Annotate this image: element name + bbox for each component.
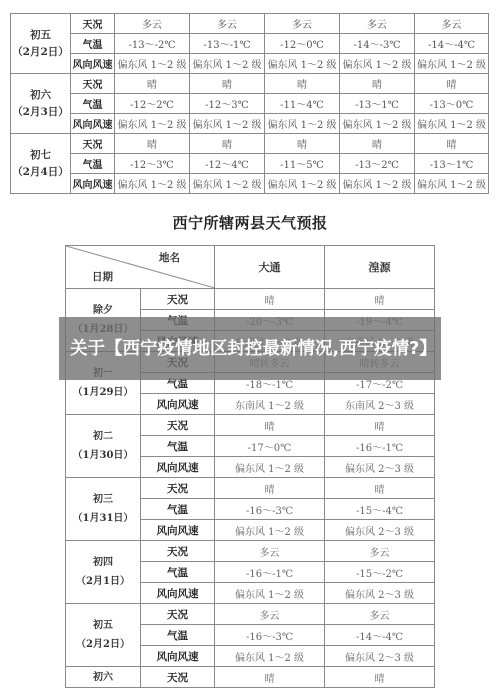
weather-value: 晴: [325, 478, 435, 499]
table-row: 风向风速偏东风 1～2 级偏东风 1～2 级偏东风 1～2 级偏东风 1～2 级…: [11, 114, 489, 134]
title-overlay-banner: 关于【西宁疫情地区封控最新情况,西宁疫情?】: [59, 317, 441, 380]
temp-value: -13～1℃: [340, 94, 415, 114]
temp-value: -16～-3℃: [215, 625, 325, 646]
wind-value: 偏东风 2～3 级: [325, 646, 435, 667]
weather-label: 天况: [141, 478, 215, 499]
lunar-date: 初七: [11, 147, 70, 164]
table-row: 初五（2月2日）天况多云多云多云多云多云: [11, 14, 489, 34]
weather-value: 多云: [415, 14, 489, 34]
temp-value: -15～-4℃: [325, 499, 435, 520]
temp-value: -12～0℃: [265, 34, 340, 54]
second-table-title: 西宁所辖两县天气预报: [0, 212, 500, 233]
diagonal-header-cell: 地名 日期: [66, 246, 215, 289]
location-header-datong: 大通: [215, 246, 325, 289]
wind-value: 偏东风 1～2 级: [340, 54, 415, 74]
wind-value: 偏东风 1～2 级: [215, 583, 325, 604]
solar-date: （2月1日）: [66, 572, 140, 591]
wind-label: 风向风速: [141, 520, 215, 541]
weather-label: 天况: [141, 667, 215, 688]
temp-value: -16～-1℃: [215, 562, 325, 583]
table-row: 初六天况晴晴: [66, 667, 435, 688]
weather-value: 晴: [340, 134, 415, 154]
solar-date: （2月4日）: [11, 164, 70, 181]
temp-value: -12～4℃: [190, 154, 265, 174]
date-cell: 初五（2月2日）: [11, 14, 71, 74]
temp-value: -11～4℃: [265, 94, 340, 114]
weather-label: 天况: [141, 604, 215, 625]
weather-label: 天况: [141, 289, 215, 310]
weather-value: 多云: [325, 541, 435, 562]
weather-value: 晴: [340, 74, 415, 94]
lunar-date: 初五: [66, 616, 140, 635]
weather-value: 晴: [215, 667, 325, 688]
temp-value: -12～2℃: [115, 94, 190, 114]
table-row: 初四（2月1日）天况多云多云: [66, 541, 435, 562]
top-forecast-table: 初五（2月2日）天况多云多云多云多云多云气温-13～-2℃-13～-1℃-12～…: [10, 13, 489, 194]
diagonal-line: [66, 246, 215, 288]
date-cell: 初六（2月3日）: [11, 74, 71, 134]
weather-value: 晴: [190, 74, 265, 94]
temp-value: -13～-1℃: [190, 34, 265, 54]
table-row: 风向风速偏东风 1～2 级偏东风 1～2 级偏东风 1～2 级偏东风 1～2 级…: [11, 54, 489, 74]
wind-value: 偏东风 1～2 级: [340, 114, 415, 134]
solar-date: （1月31日）: [66, 509, 140, 528]
weather-value: 晴: [325, 415, 435, 436]
weather-value: 多云: [190, 14, 265, 34]
wind-value: 偏东风 1～2 级: [415, 174, 489, 194]
wind-value: 偏东风 1～2 级: [415, 114, 489, 134]
wind-value: 偏东风 1～2 级: [215, 520, 325, 541]
county-forecast-table: 地名 日期 大通 湟源 除夕（1月28日）天况晴晴气温-20～-3℃-19～-4…: [65, 245, 435, 688]
wind-value: 偏东风 2～3 级: [325, 583, 435, 604]
temp-value: -15～-2℃: [325, 562, 435, 583]
solar-date: （2月3日）: [11, 104, 70, 121]
weather-value: 晴: [190, 134, 265, 154]
weather-value: 多云: [215, 604, 325, 625]
banner-title: 关于【西宁疫情地区封控最新情况,西宁疫情?】: [70, 337, 430, 361]
temp-value: -13～0℃: [415, 94, 489, 114]
table-row: 初六（2月3日）天况晴晴晴晴晴: [11, 74, 489, 94]
wind-value: 偏东风 1～2 级: [215, 457, 325, 478]
wind-value: 偏东风 1～2 级: [115, 114, 190, 134]
table-row: 初七（2月4日）天况晴晴晴晴晴: [11, 134, 489, 154]
table-row: 除夕（1月28日）天况晴晴: [66, 289, 435, 310]
date-cell: 初六: [66, 667, 141, 688]
lunar-date: 初六: [11, 87, 70, 104]
solar-date: （1月30日）: [66, 446, 140, 465]
temp-value: -17～0℃: [215, 436, 325, 457]
lunar-date: 初三: [66, 490, 140, 509]
temp-value: -12～3℃: [115, 154, 190, 174]
weather-label: 天况: [141, 415, 215, 436]
weather-value: 多云: [325, 604, 435, 625]
weather-value: 多云: [265, 14, 340, 34]
wind-value: 偏东风 1～2 级: [265, 54, 340, 74]
table-row: 初二（1月30日）天况晴晴: [66, 415, 435, 436]
temp-label: 气温: [71, 94, 115, 114]
wind-value: 偏东风 1～2 级: [190, 54, 265, 74]
wind-label: 风向风速: [141, 394, 215, 415]
wind-value: 偏东风 1～2 级: [215, 646, 325, 667]
temp-label: 气温: [71, 154, 115, 174]
temp-value: -14～-4℃: [415, 34, 489, 54]
temp-label: 气温: [141, 562, 215, 583]
weather-value: 晴: [115, 74, 190, 94]
temp-value: -13～-2℃: [115, 34, 190, 54]
temp-label: 气温: [141, 499, 215, 520]
wind-value: 偏东风 1～2 级: [340, 174, 415, 194]
temp-value: -14～-4℃: [325, 625, 435, 646]
weather-label: 天况: [71, 74, 115, 94]
wind-value: 偏东风 1～2 级: [115, 174, 190, 194]
weather-value: 晴: [325, 667, 435, 688]
table-row: 风向风速偏东风 1～2 级偏东风 1～2 级偏东风 1～2 级偏东风 1～2 级…: [11, 174, 489, 194]
lunar-date: 初二: [66, 427, 140, 446]
wind-value: 偏东风 1～2 级: [190, 174, 265, 194]
table-row: 气温-13～-2℃-13～-1℃-12～0℃-14～-3℃-14～-4℃: [11, 34, 489, 54]
date-cell: 初五（2月2日）: [66, 604, 141, 667]
temp-value: -12～3℃: [190, 94, 265, 114]
weather-value: 晴: [115, 134, 190, 154]
weather-value: 晴: [265, 74, 340, 94]
temp-value: -13～2℃: [340, 154, 415, 174]
weather-value: 晴: [265, 134, 340, 154]
wind-label: 风向风速: [71, 174, 115, 194]
date-cell: 初四（2月1日）: [66, 541, 141, 604]
weather-value: 多云: [340, 14, 415, 34]
temp-label: 气温: [141, 625, 215, 646]
weather-value: 晴: [325, 289, 435, 310]
solar-date: （2月2日）: [66, 635, 140, 654]
weather-label: 天况: [71, 134, 115, 154]
wind-value: 偏东风 1～2 级: [190, 114, 265, 134]
temp-value: -14～-3℃: [340, 34, 415, 54]
weather-value: 多云: [215, 541, 325, 562]
wind-label: 风向风速: [141, 457, 215, 478]
wind-value: 东南风 1～2 级: [215, 394, 325, 415]
wind-value: 东南风 2～3 级: [325, 394, 435, 415]
date-cell: 初二（1月30日）: [66, 415, 141, 478]
table-row: 初五（2月2日）天况多云多云: [66, 604, 435, 625]
wind-value: 偏东风 1～2 级: [265, 114, 340, 134]
table-row: 气温-12～3℃-12～4℃-11～5℃-13～2℃-13～1℃: [11, 154, 489, 174]
weather-value: 晴: [215, 478, 325, 499]
weather-value: 晴: [215, 415, 325, 436]
location-header-label: 地名: [159, 250, 180, 265]
wind-value: 偏东风 2～3 级: [325, 520, 435, 541]
lunar-date: 初五: [11, 27, 70, 44]
table-row: 初三（1月31日）天况晴晴: [66, 478, 435, 499]
temp-value: -16～-3℃: [215, 499, 325, 520]
wind-label: 风向风速: [71, 54, 115, 74]
location-header-huangyuan: 湟源: [325, 246, 435, 289]
weather-label: 天况: [141, 541, 215, 562]
temp-value: -16～-1℃: [325, 436, 435, 457]
wind-label: 风向风速: [71, 114, 115, 134]
table-header-row: 地名 日期 大通 湟源: [66, 246, 435, 289]
lunar-date: 初四: [66, 553, 140, 572]
wind-label: 风向风速: [141, 583, 215, 604]
wind-value: 偏东风 2～3 级: [325, 457, 435, 478]
weather-value: 多云: [115, 14, 190, 34]
solar-date: （2月2日）: [11, 44, 70, 61]
date-cell: 初七（2月4日）: [11, 134, 71, 194]
temp-label: 气温: [71, 34, 115, 54]
date-header-label: 日期: [92, 269, 113, 284]
temp-value: -11～5℃: [265, 154, 340, 174]
temp-label: 气温: [141, 436, 215, 457]
table-row: 气温-12～2℃-12～3℃-11～4℃-13～1℃-13～0℃: [11, 94, 489, 114]
weather-value: 晴: [415, 74, 489, 94]
wind-value: 偏东风 1～2 级: [415, 54, 489, 74]
weather-value: 晴: [415, 134, 489, 154]
wind-value: 偏东风 1～2 级: [115, 54, 190, 74]
temp-value: -13～1℃: [415, 154, 489, 174]
solar-date: （1月29日）: [66, 383, 140, 402]
weather-value: 晴: [215, 289, 325, 310]
wind-value: 偏东风 1～2 级: [265, 174, 340, 194]
wind-label: 风向风速: [141, 646, 215, 667]
date-cell: 初三（1月31日）: [66, 478, 141, 541]
weather-label: 天况: [71, 14, 115, 34]
